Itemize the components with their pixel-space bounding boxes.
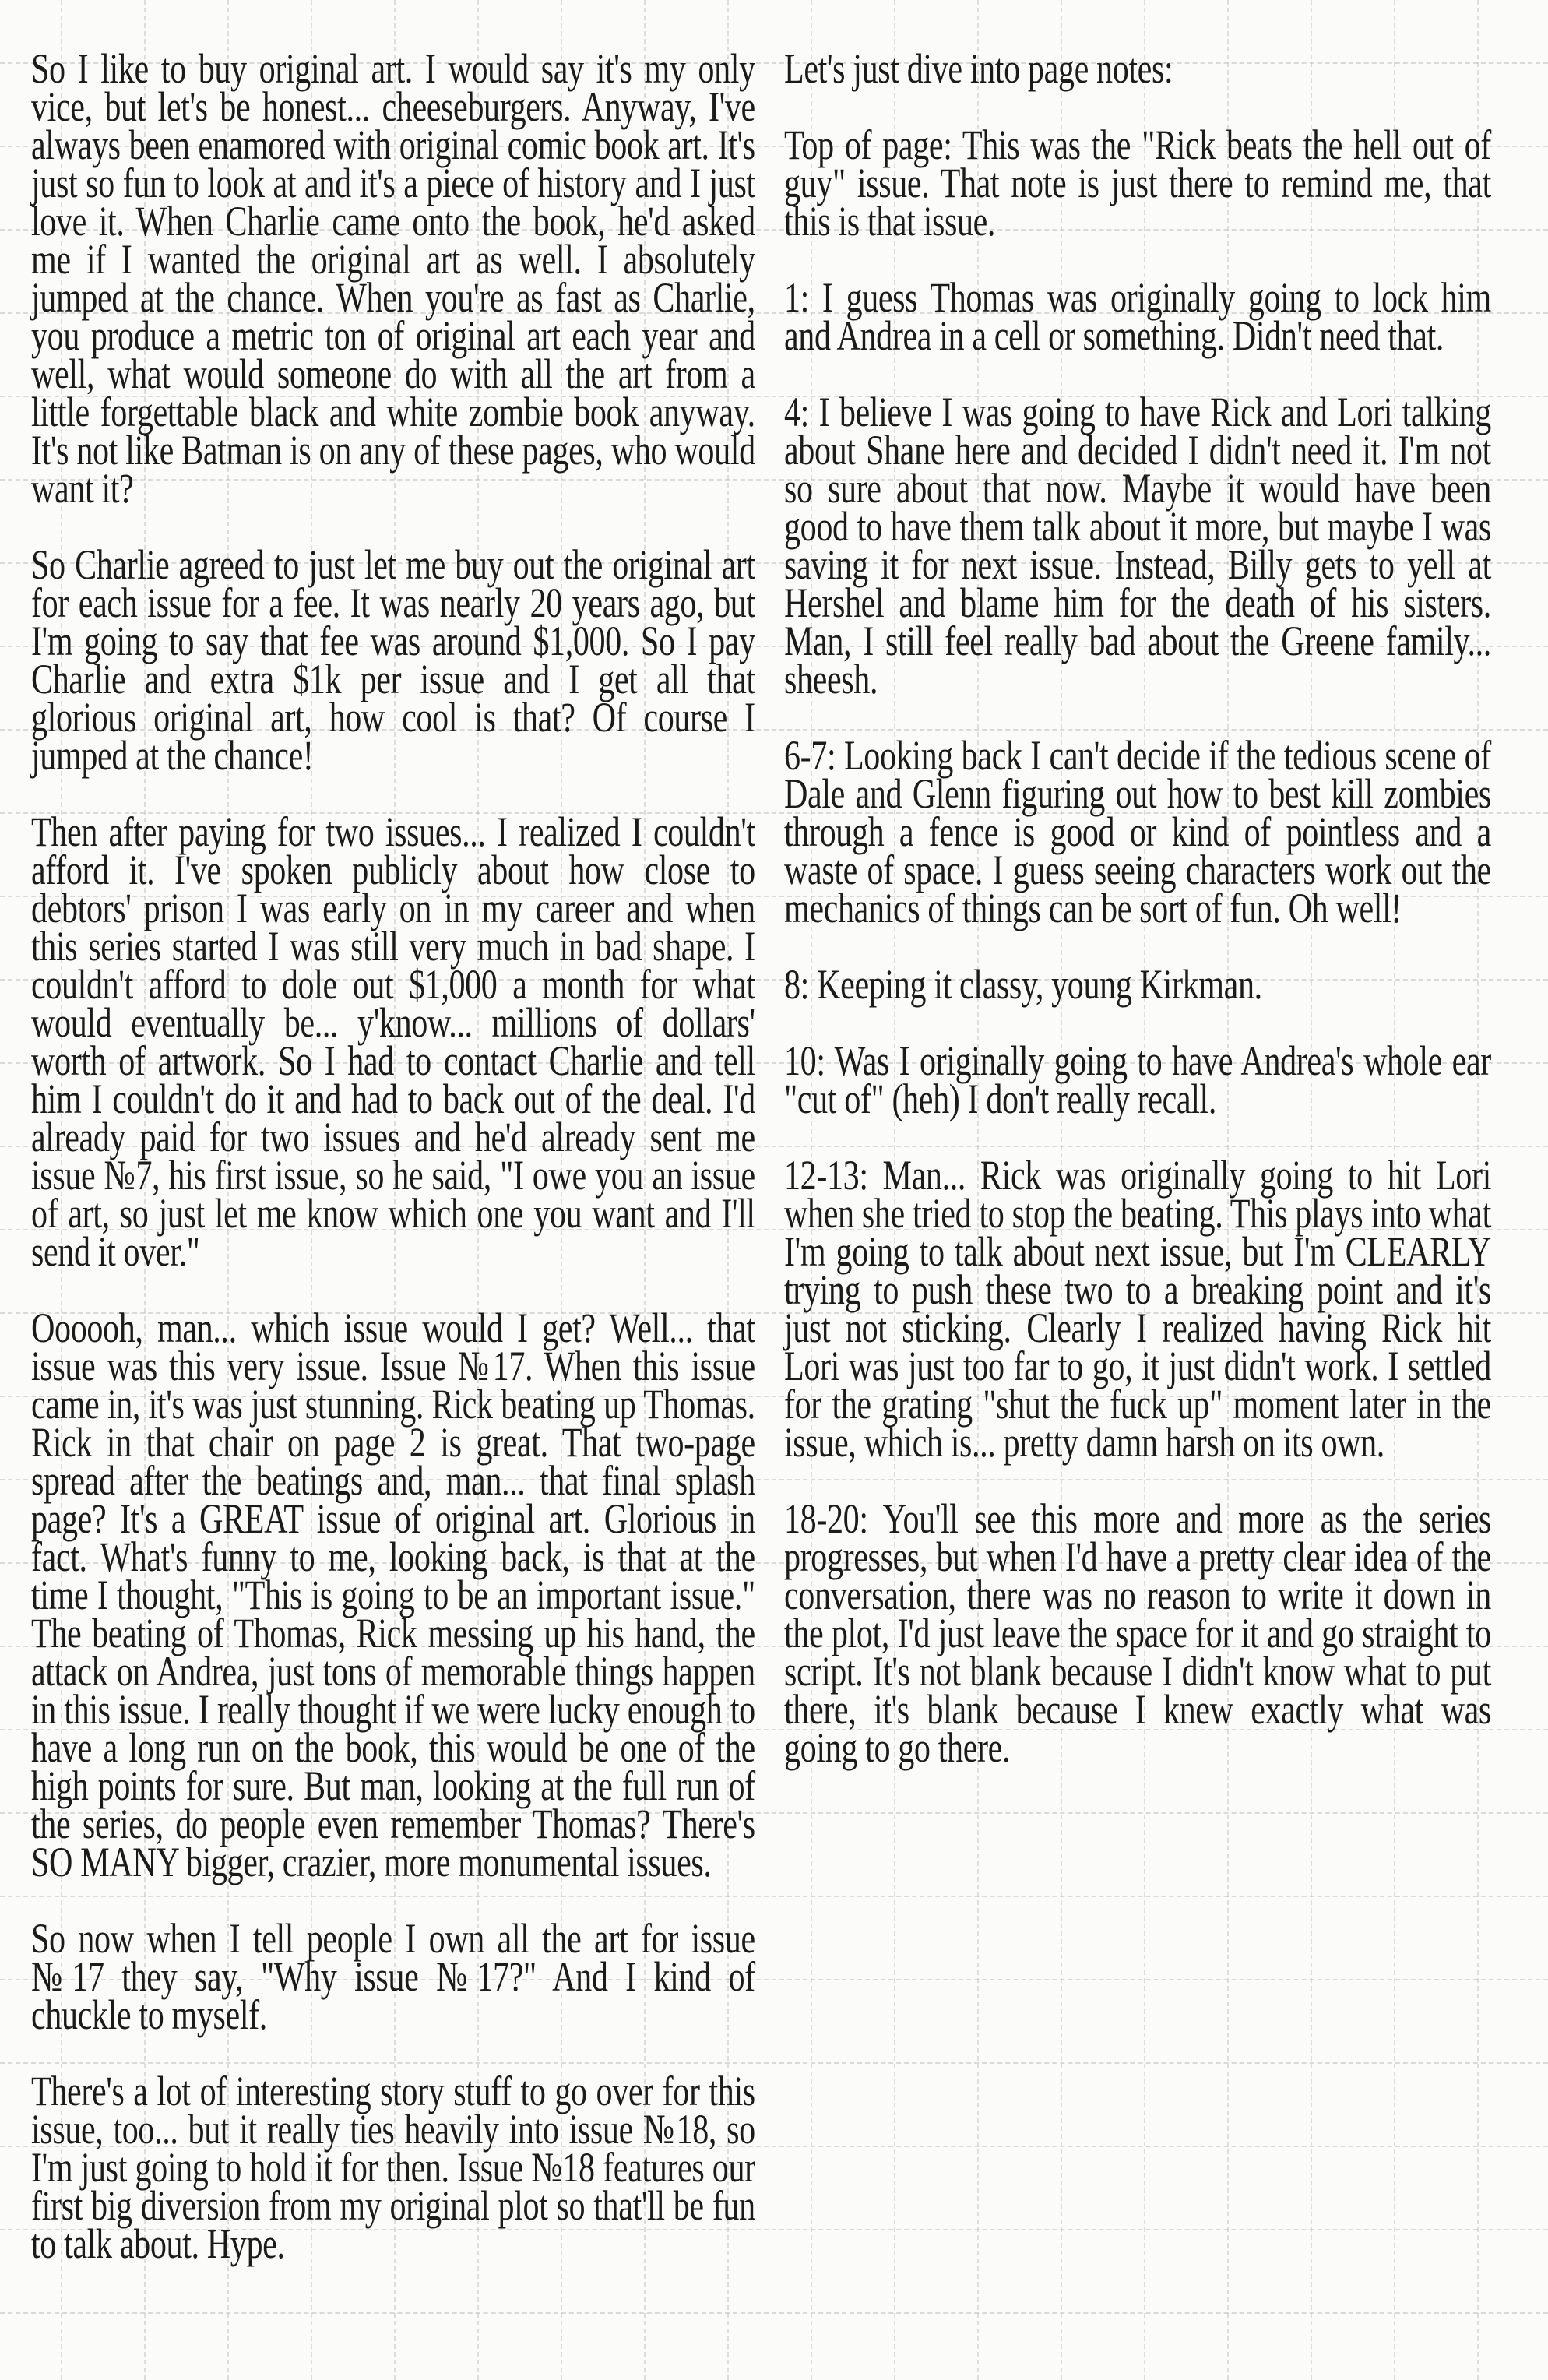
grid-line-horizontal xyxy=(0,2312,1548,2314)
paragraph: Oooooh, man... which issue would I get? … xyxy=(31,1309,755,1882)
paragraph: 10: Was I originally going to have Andre… xyxy=(784,1042,1491,1118)
paragraph: 18-20: You'll see this more and more as … xyxy=(784,1500,1491,1767)
paragraph: So Charlie agreed to just let me buy out… xyxy=(31,546,755,775)
paragraph: 1: I guess Thomas was originally going t… xyxy=(784,279,1491,355)
paragraph: 6-7: Looking back I can't decide if the … xyxy=(784,737,1491,928)
paragraph: 4: I believe I was going to have Rick an… xyxy=(784,393,1491,699)
page-notes-right-column: Let's just dive into page notes:Top of p… xyxy=(784,50,1491,1767)
commentary-left-column: So I like to buy original art. I would s… xyxy=(31,50,755,2263)
paragraph: So now when I tell people I own all the … xyxy=(31,1920,755,2034)
paragraph: Top of page: This was the "Rick beats th… xyxy=(784,126,1491,241)
paragraph: Then after paying for two issues... I re… xyxy=(31,813,755,1271)
paragraph: 8: Keeping it classy, young Kirkman. xyxy=(784,966,1491,1004)
paragraph: 12-13: Man... Rick was originally going … xyxy=(784,1157,1491,1462)
paragraph: Let's just dive into page notes: xyxy=(784,50,1491,88)
paragraph: So I like to buy original art. I would s… xyxy=(31,50,755,508)
paragraph: There's a lot of interesting story stuff… xyxy=(31,2072,755,2263)
